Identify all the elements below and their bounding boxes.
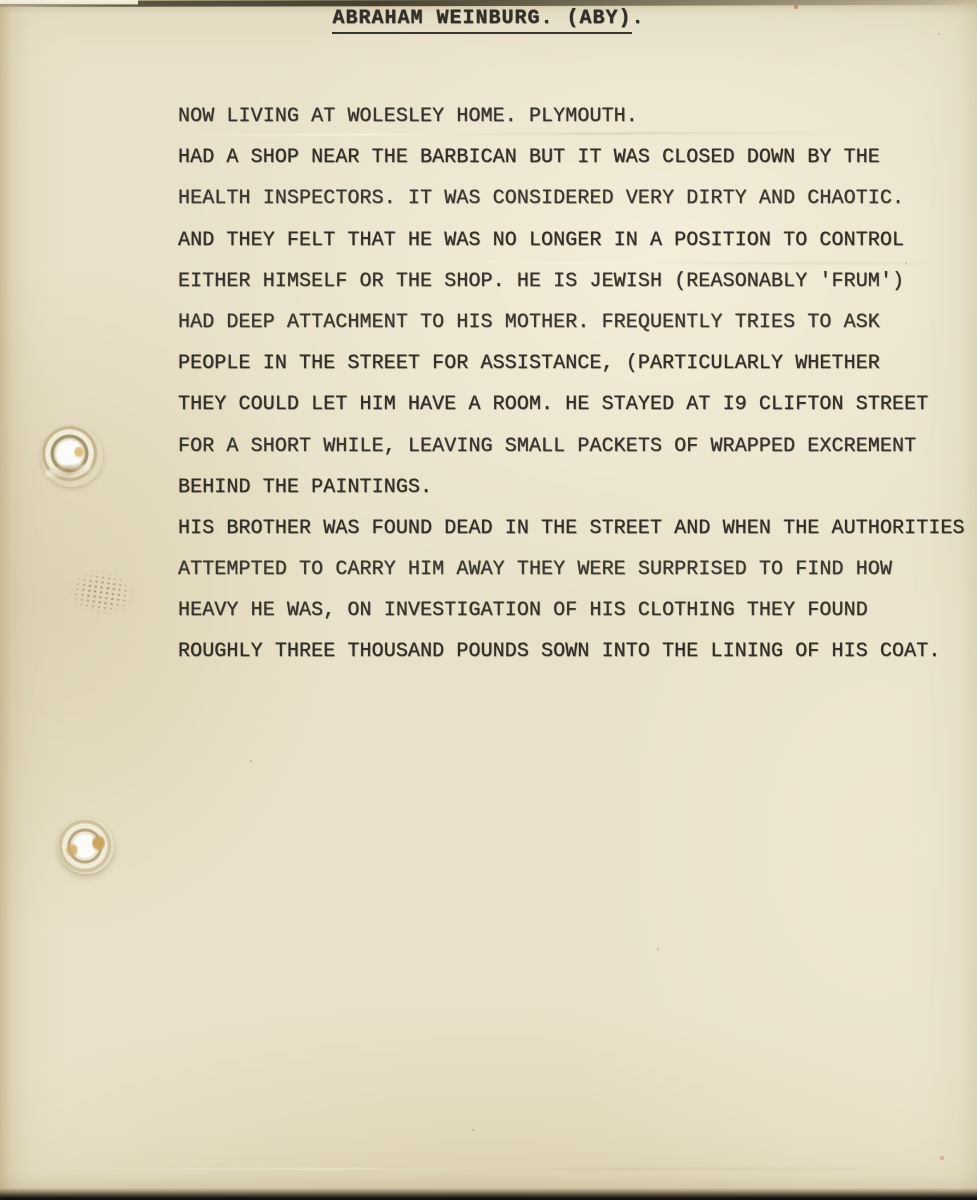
punch-hole-bottom <box>58 818 114 874</box>
typewritten-line: BEHIND THE PAINTINGS. <box>178 467 977 508</box>
typewritten-line: PEOPLE IN THE STREET FOR ASSISTANCE, (PA… <box>178 343 977 384</box>
typewritten-line: ROUGHLY THREE THOUSAND POUNDS SOWN INTO … <box>178 631 977 672</box>
typewritten-line: EITHER HIMSELF OR THE SHOP. HE IS JEWISH… <box>178 261 977 302</box>
document-title-underlined: ABRAHAM WEINBURG. (ABY) <box>332 7 631 34</box>
document-title: ABRAHAM WEINBURG. (ABY). <box>0 7 977 30</box>
typewritten-line: HIS BROTHER WAS FOUND DEAD IN THE STREET… <box>178 508 977 549</box>
scanned-page-background: ABRAHAM WEINBURG. (ABY). NOW LIVING AT W… <box>0 0 977 1200</box>
typewritten-line: FOR A SHORT WHILE, LEAVING SMALL PACKETS… <box>178 426 977 467</box>
paper-crease <box>0 1168 977 1170</box>
typewritten-line: HAD DEEP ATTACHMENT TO HIS MOTHER. FREQU… <box>178 302 977 343</box>
typewritten-line: THEY COULD LET HIM HAVE A ROOM. HE STAYE… <box>178 384 977 425</box>
underlying-page-sliver <box>0 0 138 5</box>
typewritten-line: AND THEY FELT THAT HE WAS NO LONGER IN A… <box>178 220 977 261</box>
paper-specks <box>0 0 2 2</box>
typewritten-line: HEALTH INSPECTORS. IT WAS CONSIDERED VER… <box>178 178 977 219</box>
page-top-edge <box>0 0 977 7</box>
document-page: ABRAHAM WEINBURG. (ABY). NOW LIVING AT W… <box>0 0 977 1200</box>
typewritten-line: NOW LIVING AT WOLESLEY HOME. PLYMOUTH. <box>178 96 977 137</box>
typewritten-line: HAD A SHOP NEAR THE BARBICAN BUT IT WAS … <box>178 137 977 178</box>
scan-edge-bottom <box>0 1188 977 1200</box>
document-title-period: . <box>632 7 645 30</box>
typewritten-line: HEAVY HE WAS, ON INVESTIGATION OF HIS CL… <box>178 590 977 631</box>
stain-smudge <box>65 565 139 620</box>
document-body: NOW LIVING AT WOLESLEY HOME. PLYMOUTH. H… <box>178 96 977 673</box>
typewritten-line: ATTEMPTED TO CARRY HIM AWAY THEY WERE SU… <box>178 549 977 590</box>
punch-hole-top <box>41 425 103 487</box>
